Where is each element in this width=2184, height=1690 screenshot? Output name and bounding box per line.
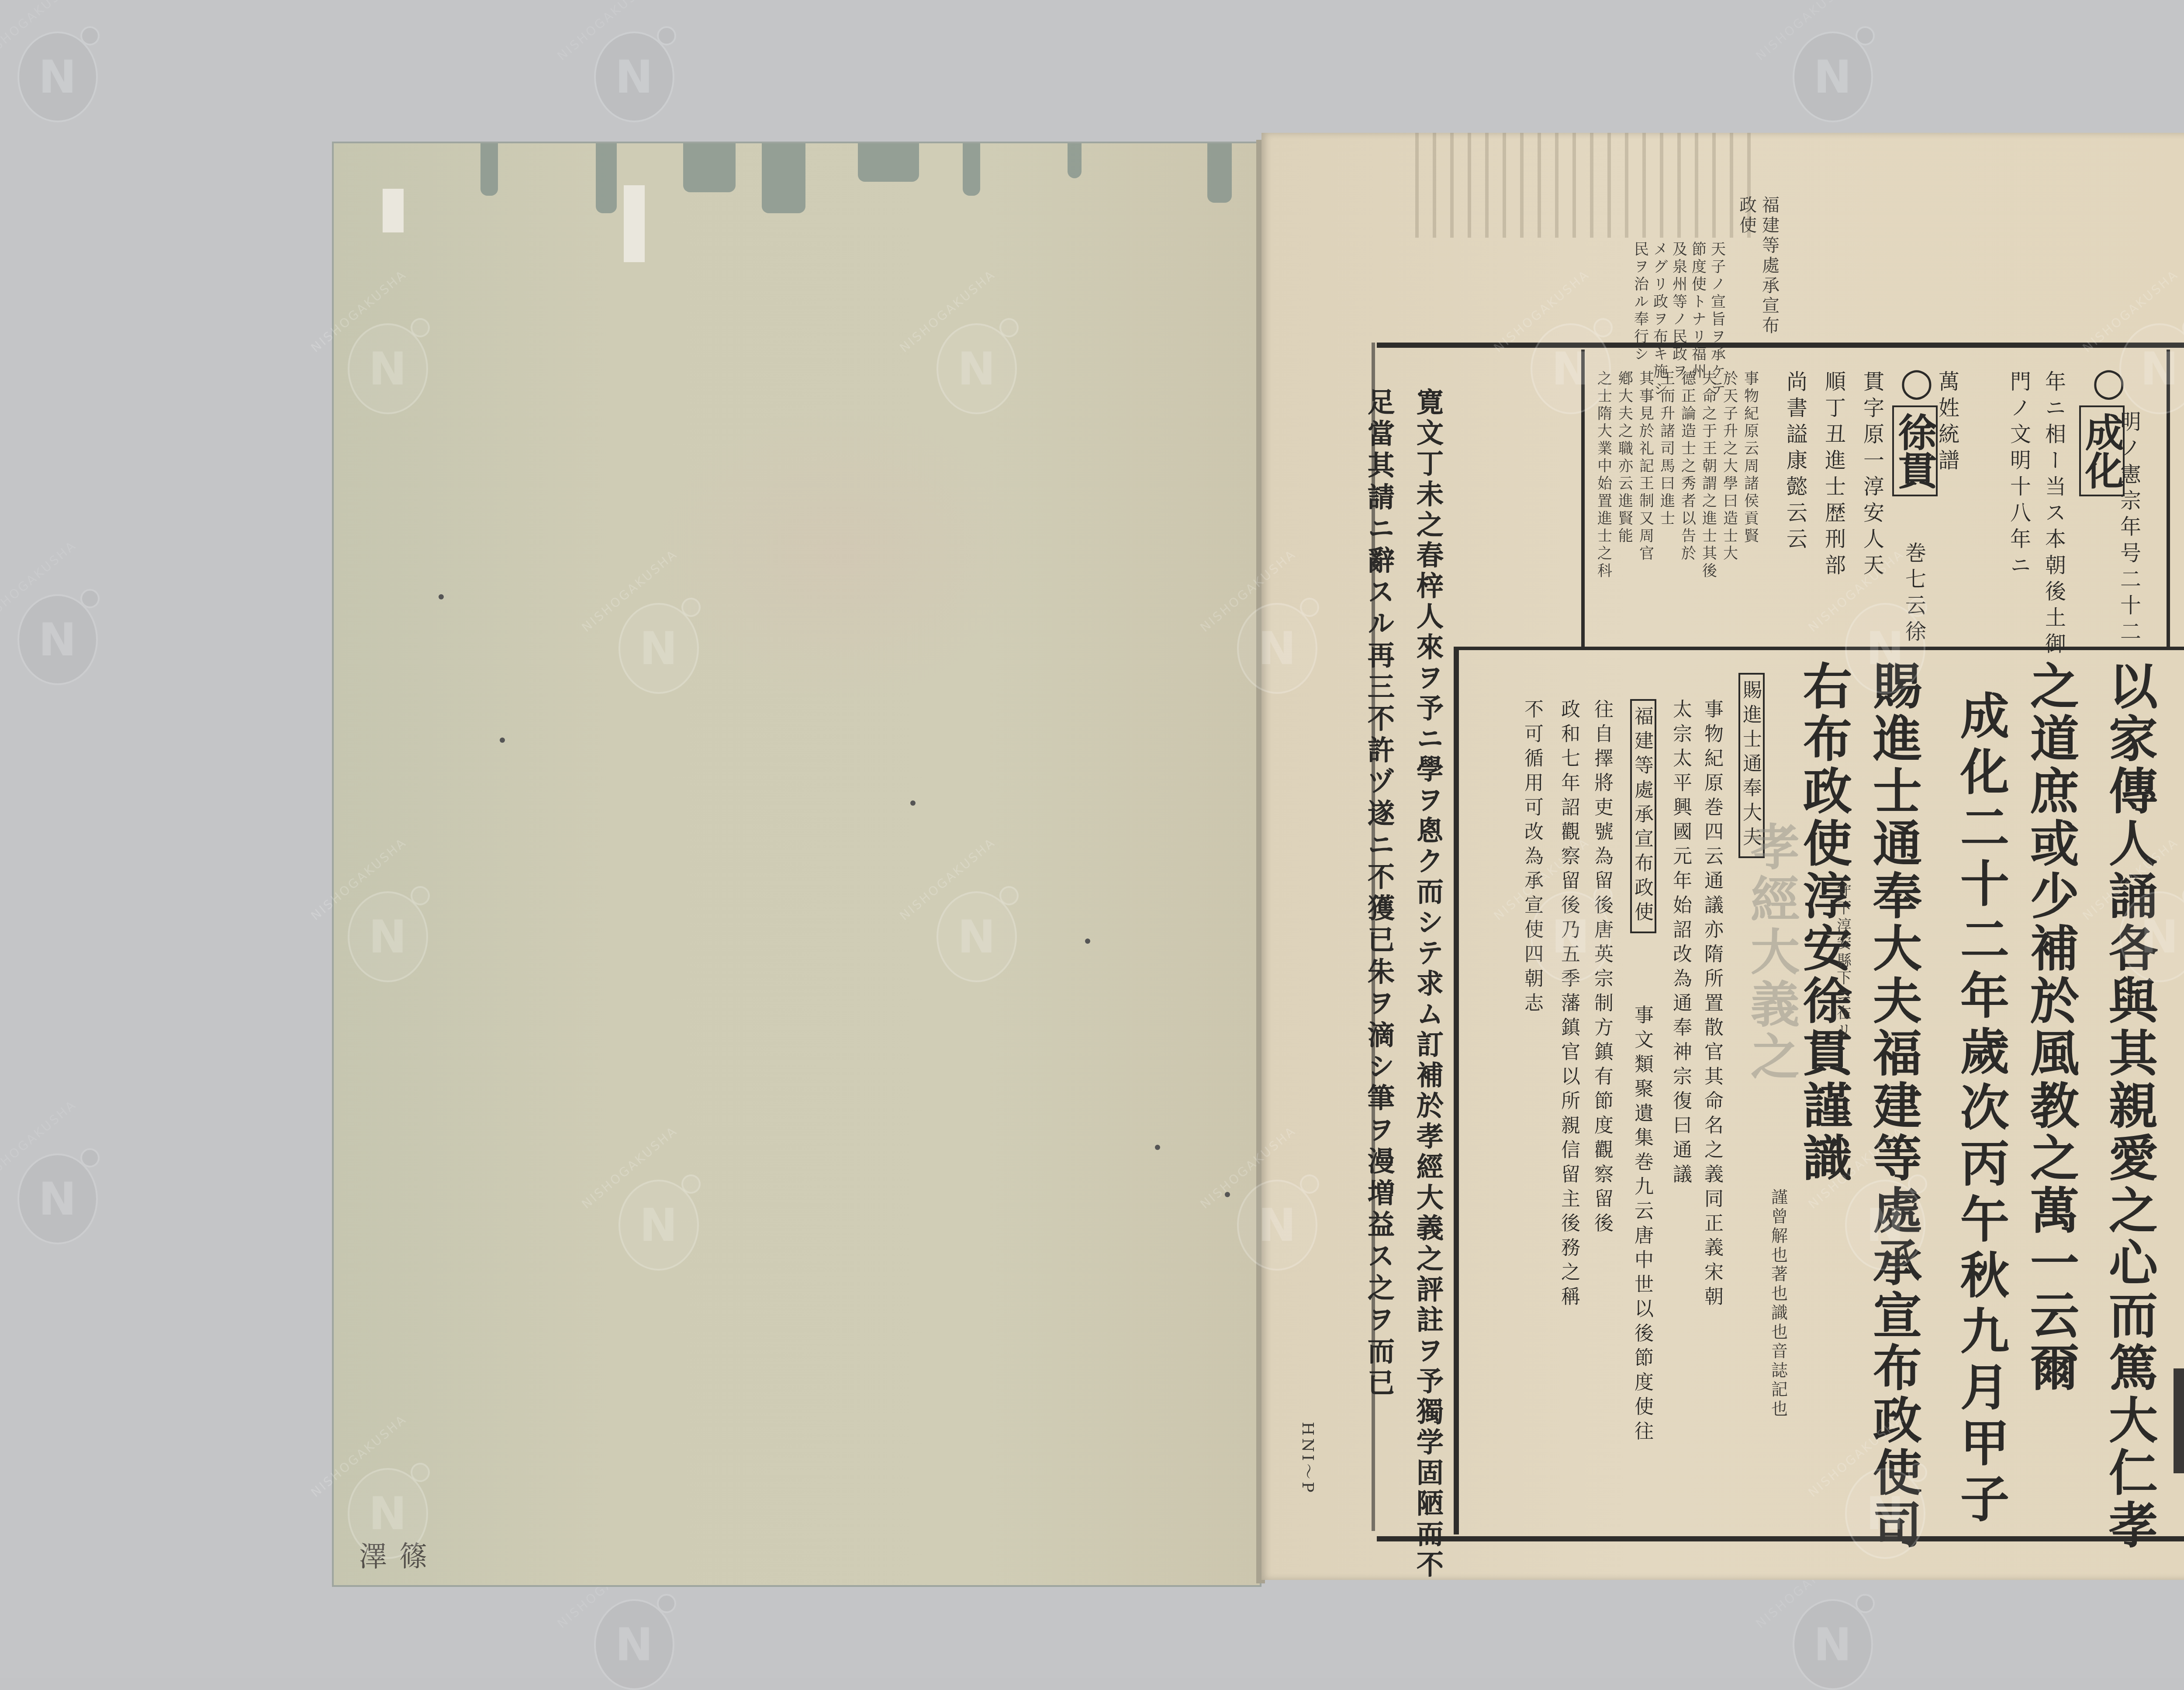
watermark-logo: NNISHOGAKUSHA: [334, 874, 439, 979]
header-note: 於天子升之大學曰造士大: [1721, 371, 1736, 563]
watermark-logo: NNISHOGAKUSHA: [334, 306, 439, 411]
wormhole-damage: [1207, 143, 1232, 203]
paper-repair-patch: [383, 189, 404, 232]
commentary-column: 事物紀原巻四云通議亦隋所置散官其命名之義同正義宋朝: [1704, 699, 1723, 1311]
wormhole-damage: [858, 143, 919, 182]
watermark-logo: NNISHOGAKUSHA: [1223, 585, 1328, 690]
commentary-column: 太宗太平興國元年始詔改為通奉神宗復曰通議: [1672, 699, 1691, 1188]
side-note: 守下淳安縣下ニ在リ: [1835, 883, 1849, 1040]
header-text: 年ニ相ー当ス本朝後土御: [2044, 371, 2065, 659]
paper-repair-patch: [624, 185, 645, 262]
header-note: 德正論造士之秀者以告於: [1679, 371, 1694, 563]
inner-box-label: 福建等處承宣布政使: [1630, 699, 1656, 933]
watermark-logo: NNISHOGAKUSHA: [3, 1136, 108, 1241]
wormhole-damage: [963, 143, 980, 196]
watermark-logo: NNISHOGAKUSHA: [605, 585, 709, 690]
gloss-note: 謹曾解也著也識也音誌記也: [1768, 1188, 1785, 1419]
watermark-logo: NNISHOGAKUSHA: [1517, 874, 1621, 979]
left-page-endpaper: 篠澤: [334, 143, 1260, 1585]
watermark-logo: NNISHOGAKUSHA: [1779, 14, 1883, 119]
wormhole-damage: [596, 143, 617, 213]
header-text: 貫字原一淳安人天: [1863, 371, 1883, 580]
watermark-logo: NNISHOGAKUSHA: [334, 1451, 439, 1555]
circle-mark: ○: [1897, 360, 1936, 405]
watermark-logo: NNISHOGAKUSHA: [2105, 306, 2184, 411]
watermark-logo: NNISHOGAKUSHA: [580, 14, 685, 119]
header-text: 順丁丑進士歴刑部: [1824, 371, 1845, 580]
ink-spot: [1155, 1145, 1160, 1150]
watermark-logo: NNISHOGAKUSHA: [1517, 306, 1621, 411]
watermark-logo: NNISHOGAKUSHA: [2105, 874, 2184, 979]
torn-top-edge: [1401, 133, 1751, 238]
ink-spot: [439, 594, 444, 599]
main-text-column: 之道庶或少補於風教之萬一云爾: [2027, 661, 2076, 1395]
watermark-logo: NNISHOGAKUSHA: [1223, 1162, 1328, 1267]
book-scan-viewer: NNISHOGAKUSHA NNISHOGAKUSHA NNISHOGAKUSH…: [0, 0, 2184, 1678]
header-text: 明ノ憲宗年号二十二: [2119, 411, 2140, 647]
marginalia: 政使: [1735, 196, 1752, 236]
header-note: 王而升諸司馬曰進士: [1658, 371, 1673, 528]
main-text-column: 以家傳人誦各與其親愛之心而篤大仁孝: [2105, 661, 2154, 1552]
main-text-column: 成化二十二年歲次丙午秋九月甲子: [1957, 690, 2006, 1529]
watermark-logo: NNISHOGAKUSHA: [1831, 585, 1936, 690]
commentary-column: 事文類聚遺集巻九云唐中世以後節度使往: [1634, 1005, 1653, 1445]
header-note: 其事見於礼記王制又周官: [1637, 371, 1652, 563]
gutter-handwriting: HNI〜P: [1297, 1422, 1313, 1495]
header-note: 夫命之于王朝謂之進士其後: [1700, 371, 1715, 580]
wormhole-damage: [480, 143, 498, 196]
header-text: 萬姓統譜: [1938, 371, 1959, 475]
commentary-column: 政和七年詔觀察留後乃五季藩鎮官以所親信留主後務之稱: [1560, 699, 1579, 1311]
watermark-logo: NNISHOGAKUSHA: [923, 306, 1027, 411]
colophon-column: 足當其請ニ辭スル再三不許ヅ遂ニ不獲已朱ヲ滴シ筆ヲ漫増益ス之ヲ而已: [1366, 388, 1393, 1400]
bleed-through-text: 孝經大義之: [1747, 821, 1796, 1084]
watermark-logo: NNISHOGAKUSHA: [605, 1162, 709, 1267]
header-text: 尚書謚康懿云云: [1786, 371, 1807, 554]
headword-xugan: 徐貫: [1892, 405, 1938, 496]
watermark-logo: NNISHOGAKUSHA: [3, 14, 108, 119]
watermark-logo: NNISHOGAKUSHA: [580, 1582, 685, 1678]
margin-tab: [2174, 1368, 2184, 1473]
wormhole-damage: [1068, 143, 1082, 178]
ink-spot: [500, 738, 505, 743]
watermark-logo: NNISHOGAKUSHA: [1831, 1451, 1936, 1555]
wormhole-damage: [762, 143, 805, 213]
marginalia: 福建等處承宣布: [1758, 196, 1775, 336]
header-text: 門ノ文明十八年ニ: [2009, 371, 2030, 580]
ink-spot: [1085, 939, 1090, 944]
colophon-column: 寛文丁未之春梓人來ヲ予ニ學ヲ悤ク而シテ求ム訂補於孝經大義之評註ヲ予獨学固陋而不: [1415, 388, 1442, 1581]
header-note: 事物紀原云周諸侯貢賢: [1742, 371, 1757, 545]
ink-spot: [910, 800, 916, 806]
watermark-logo: NNISHOGAKUSHA: [3, 577, 108, 682]
watermark-logo: NNISHOGAKUSHA: [1831, 1162, 1936, 1267]
watermark-logo: NNISHOGAKUSHA: [923, 874, 1027, 979]
watermark-logo: NNISHOGAKUSHA: [1779, 1582, 1883, 1678]
wormhole-damage: [683, 143, 736, 192]
